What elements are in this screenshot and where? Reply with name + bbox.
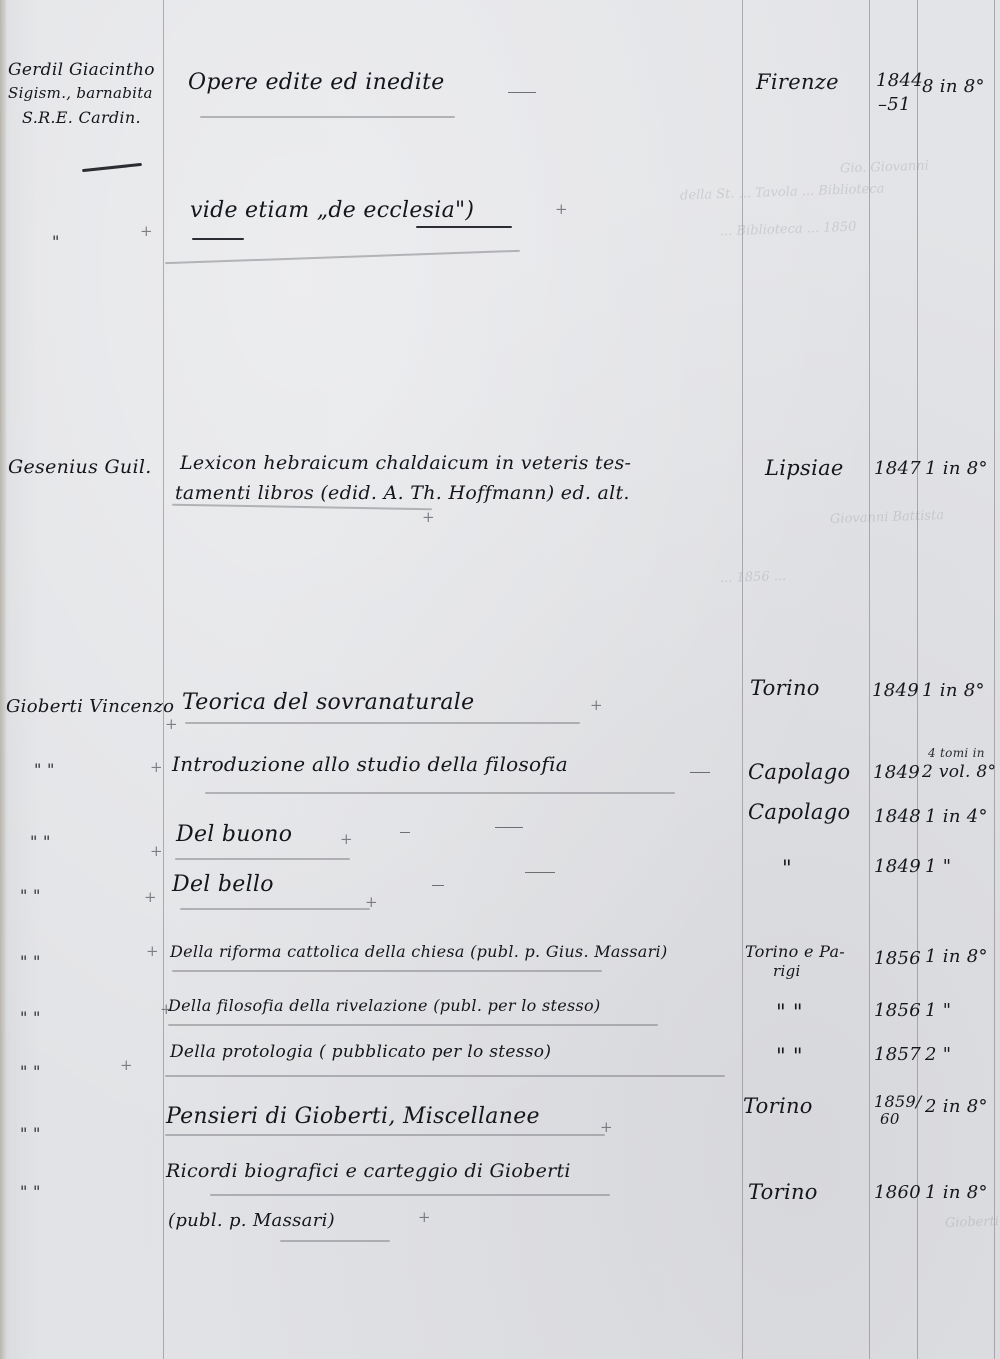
entry-year: 1844 [876, 70, 923, 91]
entry-year: 1849 [873, 762, 920, 783]
entry-place: Torino e Pa- [745, 942, 845, 961]
bleed-through-text: della St. ... Tavola ... Biblioteca [680, 181, 885, 203]
dash-mark [690, 772, 710, 773]
bleed-through-text: Giovanni Battista [830, 508, 945, 527]
entry-volumes: 1 in 8° [925, 946, 988, 967]
column-rule-title [742, 0, 743, 1359]
entry-title: Ricordi biografici e carteggio di Giober… [166, 1160, 571, 1182]
title-underline [165, 1075, 725, 1077]
entry-volumes: 1 in 8° [922, 680, 985, 701]
entry-volumes: 8 in 8° [922, 76, 985, 97]
pencil-cross-mark: + [340, 830, 353, 848]
bleed-through-text: ... 1856 ... [720, 569, 787, 586]
entry-volumes: 2 in 8° [925, 1096, 988, 1117]
column-rule-place [869, 0, 870, 1359]
ditto-mark: " " [20, 952, 41, 971]
dash-mark [432, 885, 444, 886]
entry-place: " [782, 856, 792, 880]
dash-mark [525, 872, 555, 873]
bleed-through-text: Gioberti [945, 1214, 999, 1231]
entry-place: Capolago [748, 760, 850, 784]
author-name: S.R.E. Cardin. [22, 108, 141, 127]
ditto-mark: " " [20, 1182, 41, 1201]
entry-place: Torino [748, 1180, 818, 1204]
ditto-mark: " " [20, 886, 41, 905]
entry-place: rigi [773, 962, 801, 980]
title-underline [172, 504, 432, 511]
title-underline [280, 1240, 390, 1242]
entry-title: vide etiam „de ecclesia") [190, 198, 474, 223]
author-name: Sigism., barnabita [8, 84, 153, 102]
entry-title: tamenti libros (edid. A. Th. Hoffmann) e… [175, 482, 630, 504]
pencil-cross-mark: + [140, 222, 153, 240]
title-underline [192, 238, 244, 240]
ditto-mark: " " [20, 1062, 41, 1081]
title-underline [200, 116, 455, 118]
entry-year: 1849 [872, 680, 919, 701]
entry-year: 60 [880, 1110, 900, 1128]
entry-year: 1856 [874, 948, 921, 969]
entry-title: Teorica del sovranaturale [182, 690, 474, 715]
pencil-cross-mark: + [590, 696, 603, 714]
dash-mark [508, 92, 536, 93]
column-rule-volumes [994, 0, 995, 1359]
entry-volumes: 2 vol. 8° [922, 762, 996, 782]
dash-mark [495, 827, 523, 828]
entry-title: (publ. p. Massari) [168, 1210, 335, 1231]
title-underline [168, 1024, 658, 1026]
title-underline [175, 858, 350, 860]
entry-title: Del buono [176, 822, 292, 847]
ditto-mark: " " [20, 1124, 41, 1143]
ditto-mark: " " [34, 760, 55, 779]
entry-place: Torino [750, 676, 820, 700]
entry-place: Firenze [756, 70, 839, 94]
bleed-through-text: Gio. Giovanni [840, 158, 929, 176]
page-edge [0, 0, 6, 1359]
title-underline [180, 908, 370, 910]
entry-volumes: 1 " [925, 856, 951, 877]
entry-volumes: 1 " [925, 1000, 951, 1021]
author-name: Gesenius Guil. [8, 456, 152, 478]
pencil-cross-mark: + [150, 842, 163, 860]
entry-year: 1847 [874, 458, 921, 479]
title-underline [172, 970, 602, 972]
entry-title: Della filosofia della rivelazione (publ.… [168, 996, 601, 1015]
author-underline [82, 163, 142, 172]
pencil-cross-mark: + [418, 1208, 431, 1226]
entry-place: " " [776, 1044, 803, 1068]
entry-title: Della protologia ( pubblicato per lo ste… [170, 1042, 551, 1062]
column-rule-author [163, 0, 164, 1359]
ditto-mark: " " [30, 832, 51, 851]
entry-title: Opere edite ed inedite [188, 70, 445, 95]
pencil-cross-mark: + [146, 942, 159, 960]
ditto-mark: " [52, 232, 60, 251]
title-underline [165, 1134, 605, 1136]
author-name: Gioberti Vincenzo [6, 696, 174, 717]
entry-title: Introduzione allo studio della filosofia [172, 752, 568, 776]
entry-volumes: 1 in 8° [925, 458, 988, 479]
ditto-mark: " " [20, 1008, 41, 1027]
title-underline [205, 792, 675, 794]
author-name: Gerdil Giacintho [8, 60, 155, 80]
title-underline [416, 226, 512, 228]
entry-place: Lipsiae [765, 456, 844, 480]
entry-volumes: 2 " [925, 1044, 951, 1065]
entry-year: –51 [878, 94, 911, 115]
bleed-through-text: ... Biblioteca ... 1850 [720, 220, 857, 240]
pencil-cross-mark: + [120, 1056, 133, 1074]
pencil-cross-mark: + [555, 200, 568, 218]
entry-volumes: 1 in 8° [925, 1182, 988, 1203]
pencil-cross-mark: + [165, 715, 178, 733]
title-underline [185, 722, 580, 724]
pencil-cross-mark: + [144, 888, 157, 906]
pencil-cross-mark: + [150, 758, 163, 776]
entry-volumes-note: 4 tomi in [928, 746, 985, 760]
pencil-cross-mark: + [422, 508, 435, 526]
title-underline [165, 250, 520, 264]
entry-year: 1857 [874, 1044, 921, 1065]
entry-year: 1856 [874, 1000, 921, 1021]
entry-year: 1859/ [874, 1092, 922, 1111]
pencil-cross-mark: + [600, 1118, 613, 1136]
entry-title: Lexicon hebraicum chaldaicum in veteris … [180, 452, 631, 474]
entry-title: Del bello [172, 872, 274, 897]
entry-title: Della riforma cattolica della chiesa (pu… [170, 942, 668, 961]
entry-year: 1848 [874, 806, 921, 827]
pencil-cross-mark: + [365, 893, 378, 911]
entry-place: " " [776, 1000, 803, 1024]
entry-year: 1849 [874, 856, 921, 877]
entry-volumes: 1 in 4° [925, 806, 988, 827]
entry-place: Torino [743, 1094, 813, 1118]
entry-title: Pensieri di Gioberti, Miscellanee [166, 1104, 540, 1129]
title-underline [210, 1194, 610, 1196]
entry-year: 1860 [874, 1182, 921, 1203]
entry-place: Capolago [748, 800, 850, 824]
ledger-page: Gio. Giovanni della St. ... Tavola ... B… [0, 0, 1000, 1359]
dash-mark [400, 832, 410, 833]
